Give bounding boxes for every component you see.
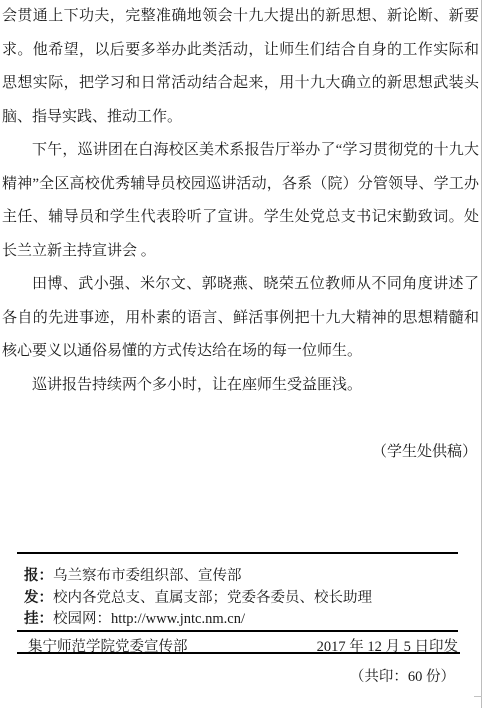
body-paragraph: 下午，巡讲团在白海校区美术系报告厅举办了“学习贯彻党的十九大精神”全区高校优秀辅… xyxy=(2,134,479,268)
distribution-label: 报： xyxy=(24,568,53,584)
footer-divider-top xyxy=(17,552,458,554)
page-edge-border xyxy=(481,0,482,708)
document-page: 会贯通上下功夫，完整准确地领会十九大提出的新思想、新论断、新要求。他希望，以后要… xyxy=(0,0,483,708)
distribution-row-report: 报：乌兰察布市委组织部、宣传部 xyxy=(24,566,454,588)
byline: （学生处供稿） xyxy=(372,440,477,461)
distribution-list: 报：乌兰察布市委组织部、宣传部 发：校内各党总支、直属支部；党委各委员、校长助理… xyxy=(24,566,454,631)
distribution-label: 挂： xyxy=(24,611,53,627)
print-copies: （共印：60 份） xyxy=(350,665,455,686)
footer-divider-bottom xyxy=(17,652,460,654)
body-paragraph: 田博、武小强、米尔文、郭晓燕、晓荣五位教师从不同角度讲述了各自的先进事迹，用朴素… xyxy=(2,268,479,369)
distribution-text: 乌兰察布市委组织部、宣传部 xyxy=(53,568,242,584)
distribution-row-send: 发：校内各党总支、直属支部；党委各委员、校长助理 xyxy=(24,588,454,610)
page-corner-mark xyxy=(474,696,482,697)
document-body: 会贯通上下功夫，完整准确地领会十九大提出的新思想、新论断、新要求。他希望，以后要… xyxy=(2,0,479,402)
body-paragraph: 巡讲报告持续两个多小时，让在座师生受益匪浅。 xyxy=(2,369,479,403)
body-paragraph: 会贯通上下功夫，完整准确地领会十九大提出的新思想、新论断、新要求。他希望，以后要… xyxy=(2,0,479,134)
distribution-label: 发： xyxy=(24,590,53,606)
footer-divider-middle xyxy=(17,630,458,632)
distribution-url-text: 校园网：http://www.jntc.nm.cn/ xyxy=(53,611,245,627)
distribution-row-post: 挂：校园网：http://www.jntc.nm.cn/ xyxy=(24,609,454,631)
distribution-text: 校内各党总支、直属支部；党委各委员、校长助理 xyxy=(53,590,372,606)
